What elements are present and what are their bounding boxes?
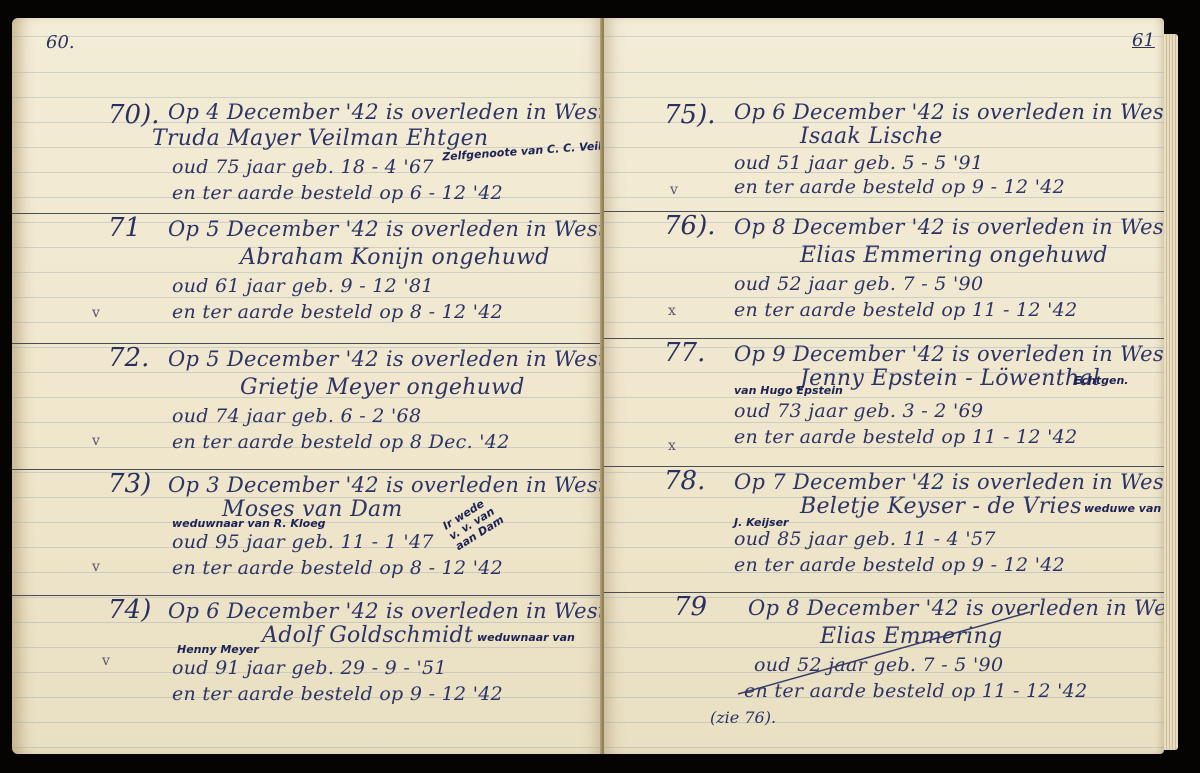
open-notebook: 60. 70). Op 4 December '42 is overleden … (12, 12, 1187, 758)
entry-death-line: Op 8 December '42 is overleden in Wester… (734, 215, 1164, 239)
entry-name: Elias Emmering ongehuwd (800, 243, 1108, 268)
margin-note: Ir wede v. v. van aan Dam (441, 494, 506, 553)
page-number: 61 (1132, 30, 1155, 51)
entry-burial: en ter aarde besteld op 8 - 12 '42 (172, 557, 503, 579)
register-entry: 70). Op 4 December '42 is overleden in W… (12, 78, 602, 214)
register-entry: 72. Op 5 December '42 is overleden in We… (12, 343, 602, 470)
entry-death-line: Op 9 December '42 is overleden in Wester… (734, 342, 1164, 366)
entry-annotation-left: van Hugo Epstein (734, 384, 843, 397)
entry-number: 71 (108, 213, 141, 243)
entry-age-birth: oud 85 jaar geb. 11 - 4 '57 (734, 528, 996, 550)
entry-death-line: Op 3 December '42 is overleden in Wester… (168, 473, 602, 497)
check-mark: v (92, 559, 100, 575)
entry-burial: en ter aarde besteld op 6 - 12 '42 (172, 182, 503, 204)
entry-number: 76). (664, 211, 716, 241)
entry-burial: en ter aarde besteld op 9 - 12 '42 (734, 176, 1065, 198)
entry-annotation: Echtgen. (1074, 374, 1128, 387)
entry-age-birth: oud 91 jaar geb. 29 - 9 - '51 (172, 657, 447, 679)
entry-burial: en ter aarde besteld op 8 Dec. '42 (172, 431, 510, 453)
entry-number: 78. (664, 466, 705, 496)
entry-name: Grietje Meyer ongehuwd (240, 375, 525, 400)
entry-annotation: weduwnaar van (477, 631, 575, 644)
right-page-edges (1164, 34, 1178, 750)
entry-age-birth: oud 73 jaar geb. 3 - 2 '69 (734, 400, 983, 422)
entry-age-birth: oud 51 jaar geb. 5 - 5 '91 (734, 152, 983, 174)
entry-death-line: Op 6 December '42 is overleden in Wester… (168, 599, 602, 623)
entry-death-line: Op 4 December '42 is overleden in Wester… (168, 100, 602, 124)
entry-name: Jenny Epstein - Löwenthal (800, 366, 1100, 391)
entry-annotation: weduwe van (1084, 502, 1161, 515)
register-entry: 75). Op 6 December '42 is overleden in W… (604, 78, 1164, 212)
entry-number: 79 (674, 592, 707, 622)
check-mark: v (670, 182, 678, 198)
check-mark: v (102, 653, 110, 669)
register-entry: 77. Op 9 December '42 is overleden in We… (604, 338, 1164, 467)
entry-name: Beletje Keyser - de Vries (800, 494, 1082, 519)
check-mark: v (92, 433, 100, 449)
entry-age-birth: oud 61 jaar geb. 9 - 12 '81 (172, 275, 434, 297)
entry-name: Abraham Konijn ongehuwd (240, 245, 550, 270)
cross-reference-note: (zie 76). (710, 708, 776, 727)
right-page: 61 75). Op 6 December '42 is overleden i… (604, 18, 1164, 754)
entry-number: 72. (108, 343, 149, 373)
entry-burial: en ter aarde besteld op 11 - 12 '42 (734, 426, 1077, 448)
register-entry: 79 Op 8 December '42 is overleden in Wes… (604, 592, 1164, 742)
left-page: 60. 70). Op 4 December '42 is overleden … (12, 18, 602, 754)
entry-death-line: Op 6 December '42 is overleden in Wester… (734, 100, 1164, 124)
register-entry: 76). Op 8 December '42 is overleden in W… (604, 211, 1164, 339)
entry-age-birth: oud 52 jaar geb. 7 - 5 '90 (734, 273, 983, 295)
cross-mark: x (668, 438, 676, 454)
entry-number: 73) (108, 469, 151, 499)
register-entry: 78. Op 7 December '42 is overleden in We… (604, 466, 1164, 593)
entry-death-line: Op 7 December '42 is overleden in Wester… (734, 470, 1164, 494)
entry-name: Truda Mayer Veilman Ehtgen (152, 126, 488, 151)
entry-burial: en ter aarde besteld op 11 - 12 '42 (734, 299, 1077, 321)
entry-annotation-left: Henny Meyer (177, 643, 259, 656)
entry-death-line: Op 5 December '42 is overleden in Wester… (168, 217, 602, 241)
entry-name: Isaak Lische (800, 124, 943, 149)
entry-name: Adolf Goldschmidt (262, 623, 473, 648)
entry-age-birth: oud 75 jaar geb. 18 - 4 '67 (172, 156, 434, 178)
register-entry: 73) Op 3 December '42 is overleden in We… (12, 469, 602, 596)
entry-number: 74) (108, 595, 151, 625)
register-entry: 74) Op 6 December '42 is overleden in We… (12, 595, 602, 725)
entry-annotation: weduwnaar van R. Kloeg (172, 517, 326, 530)
entry-burial: en ter aarde besteld op 9 - 12 '42 (734, 554, 1065, 576)
entry-age-birth: oud 95 jaar geb. 11 - 1 '47 (172, 531, 434, 553)
page-number: 60. (46, 32, 75, 53)
entry-burial: en ter aarde besteld op 8 - 12 '42 (172, 301, 503, 323)
entry-death-line: Op 5 December '42 is overleden in Wester… (168, 347, 602, 371)
entry-burial: en ter aarde besteld op 9 - 12 '42 (172, 683, 503, 705)
entry-number: 77. (664, 338, 705, 368)
check-mark: v (92, 305, 100, 321)
entry-age-birth: oud 74 jaar geb. 6 - 2 '68 (172, 405, 421, 427)
strike-through-line (734, 608, 1034, 698)
entry-number: 75). (664, 100, 716, 130)
register-entry: 71 Op 5 December '42 is overleden in Wes… (12, 213, 602, 344)
cross-mark: x (668, 303, 676, 319)
